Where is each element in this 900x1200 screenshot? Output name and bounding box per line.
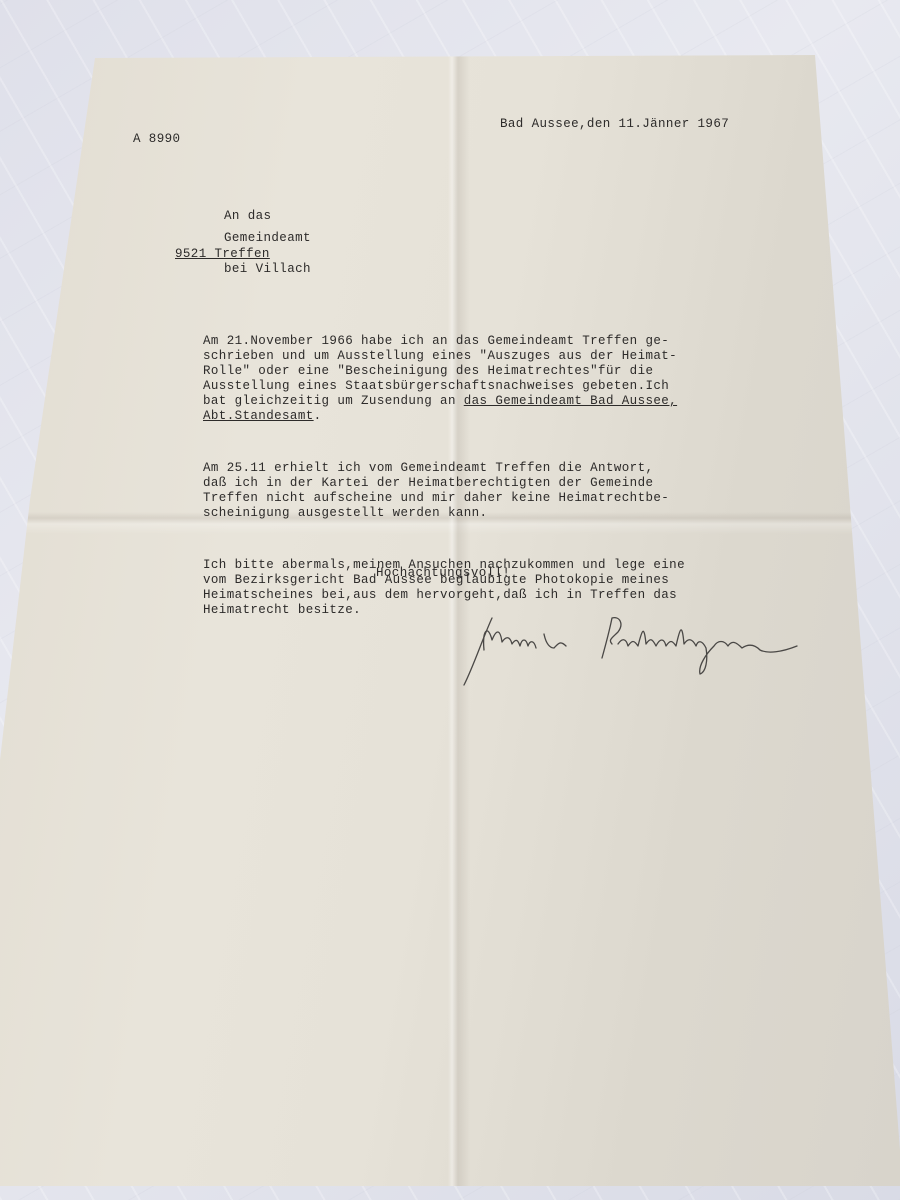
underlined-department: Abt.Standesamt <box>203 409 314 423</box>
place-date: Bad Aussee,den 11.Jänner 1967 <box>500 117 729 132</box>
recipient-line1: An das <box>224 209 271 223</box>
recipient-line2: Gemeindeamt <box>224 231 311 245</box>
recipient-zip-city: 9521 Treffen <box>175 247 270 261</box>
recipient-city: 9521 Treffen bei Villach <box>175 247 311 277</box>
recipient-address: An das Gemeindeamt <box>224 205 311 249</box>
paragraph-1: Am 21.November 1966 habe ich an das Geme… <box>203 334 685 424</box>
letter-body: Am 21.November 1966 habe ich an das Geme… <box>203 304 685 640</box>
underlined-recipient: das Gemeindeamt Bad Aussee, <box>464 394 677 408</box>
reference-number: A 8990 <box>133 132 180 147</box>
handwritten-signature <box>462 610 807 690</box>
paragraph-2: Am 25.11 erhielt ich vom Gemeindeamt Tre… <box>203 461 685 521</box>
recipient-city-suffix: bei Villach <box>175 262 311 276</box>
closing: Hochachtungsvoll! <box>376 566 510 581</box>
